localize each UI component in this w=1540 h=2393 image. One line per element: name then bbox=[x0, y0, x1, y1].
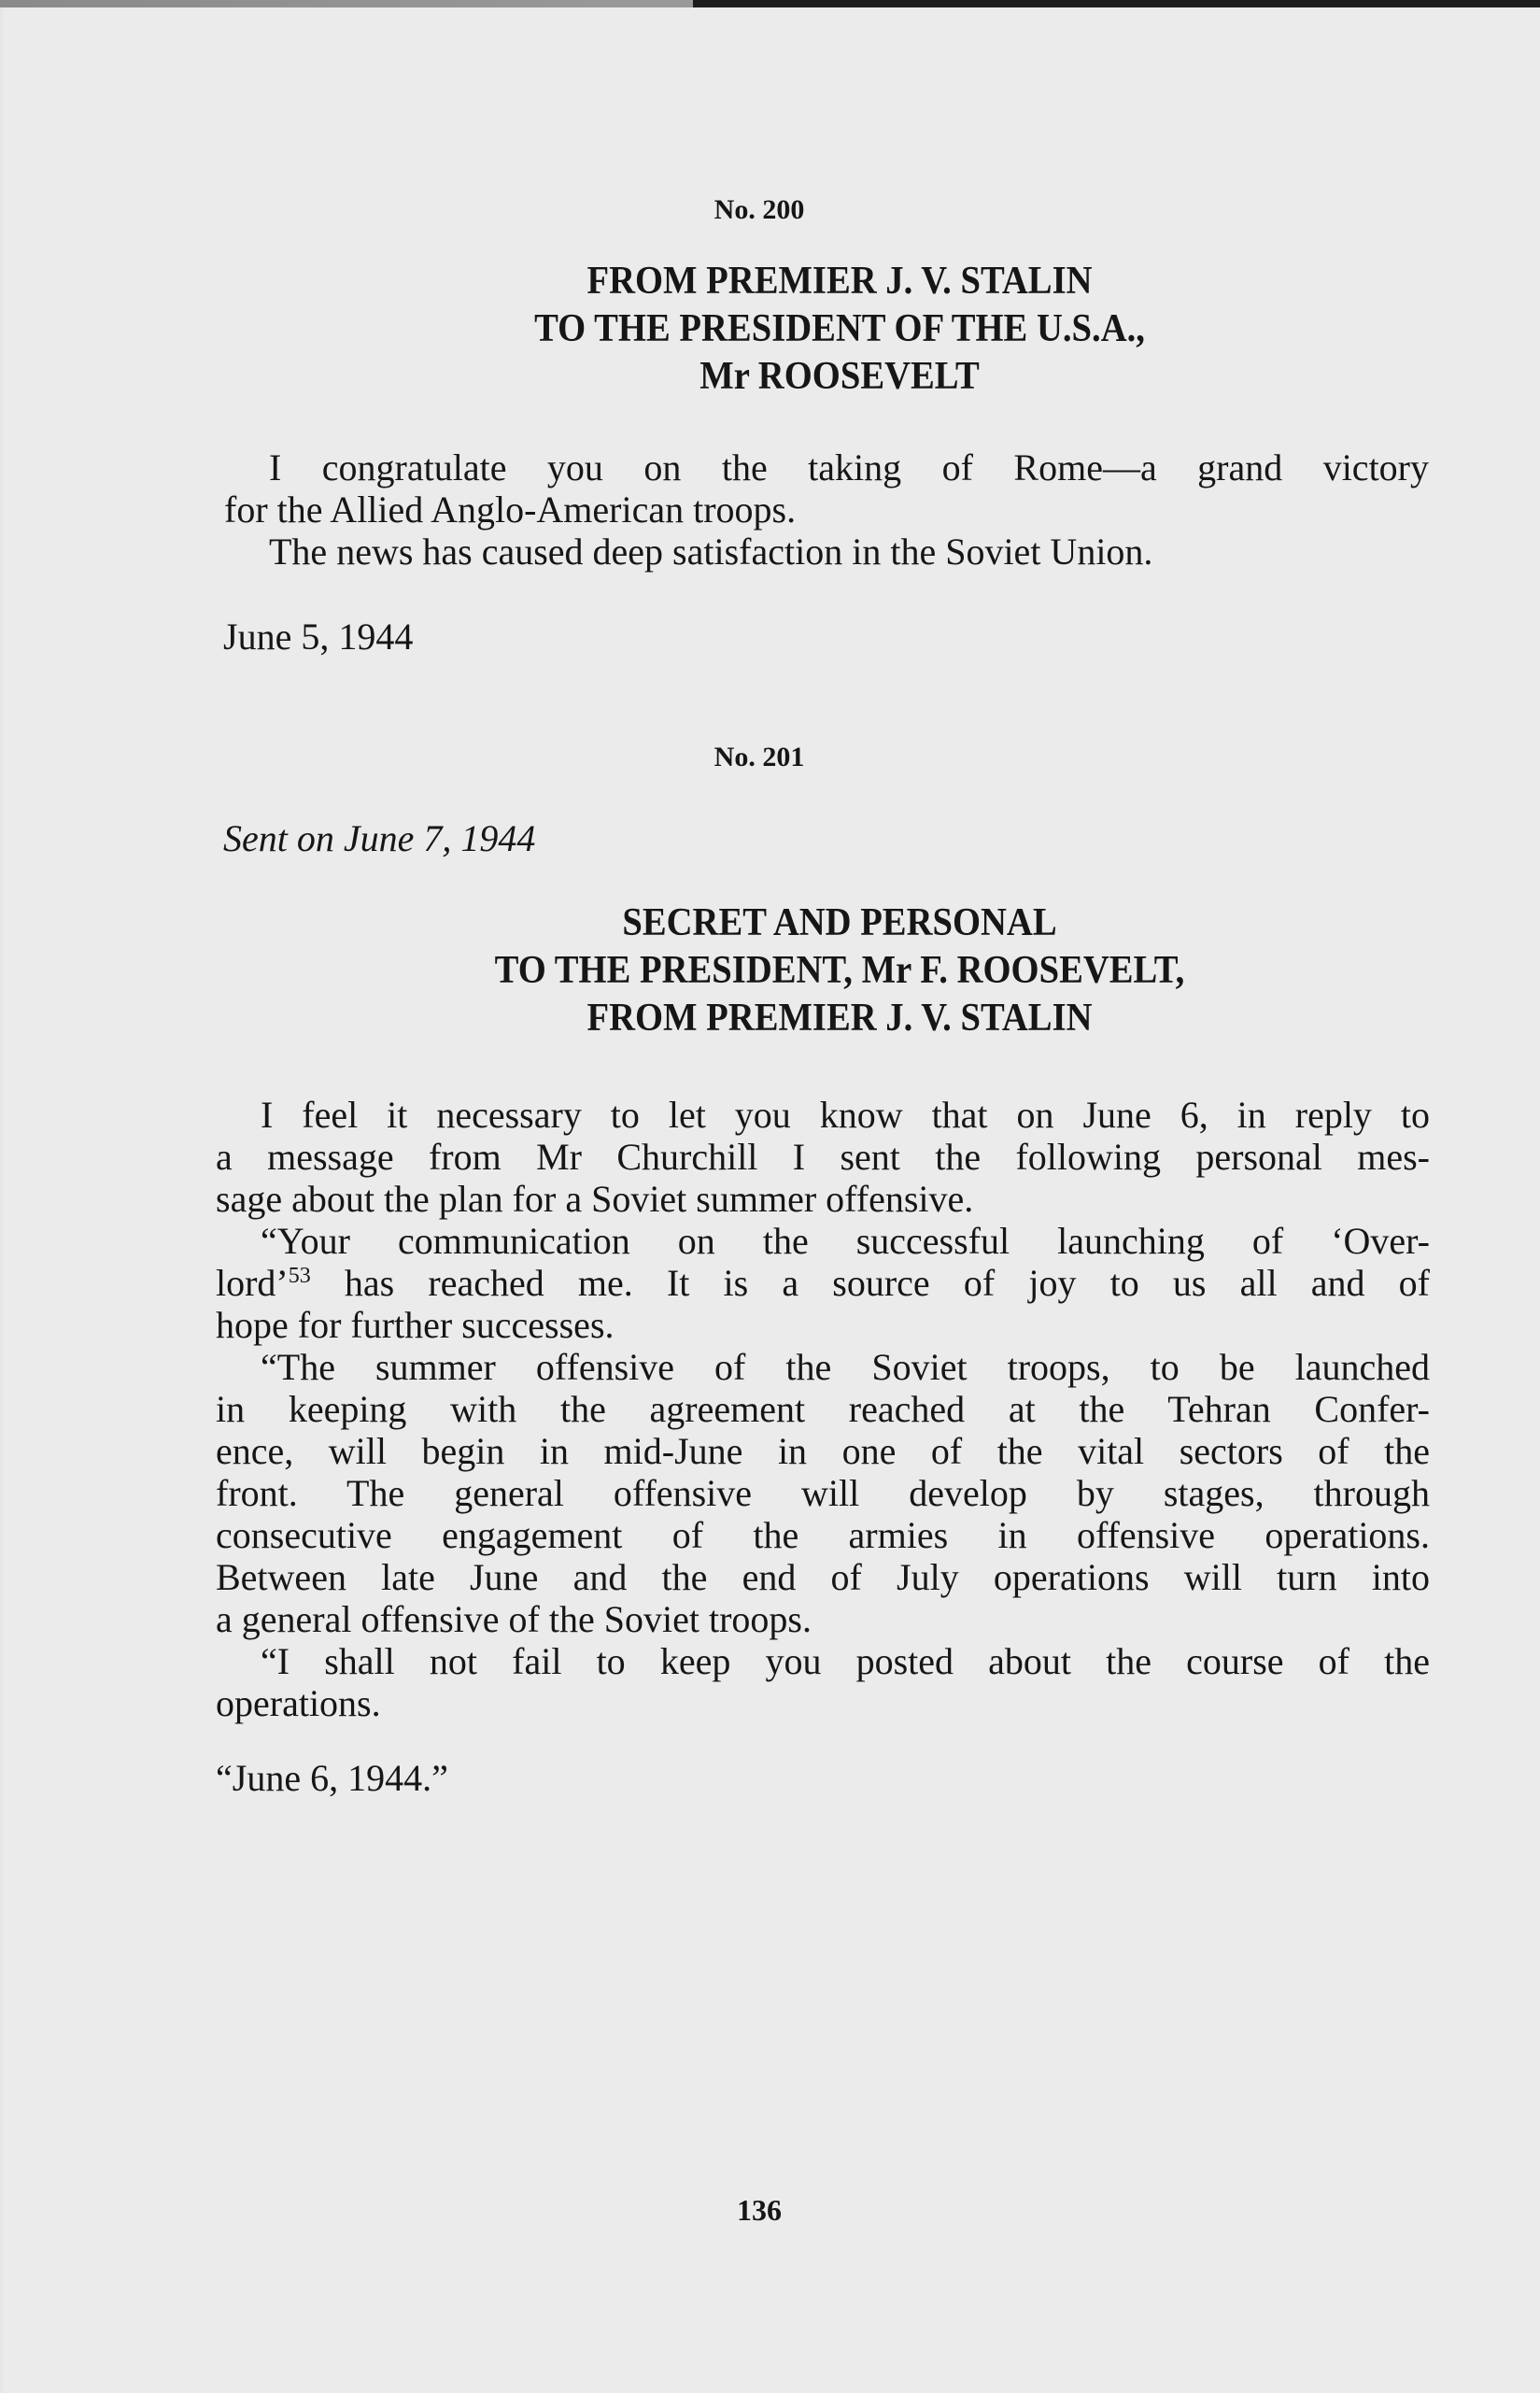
text-line: a message from Mr Churchill I sent the f… bbox=[216, 1136, 1430, 1178]
text-line: Between late June and the end of July op… bbox=[216, 1556, 1430, 1598]
text-line: a general offensive of the Soviet troops… bbox=[216, 1598, 1430, 1640]
text-line: front. The general offensive will develo… bbox=[216, 1472, 1430, 1514]
text-line: I congratulate you on the taking of Rome… bbox=[224, 446, 1429, 489]
text-line: operations. bbox=[216, 1682, 1430, 1724]
document-title: SECRET AND PERSONAL TO THE PRESIDENT, Mr… bbox=[66, 899, 1540, 1042]
quoted-date: “June 6, 1944.” bbox=[216, 1756, 448, 1800]
text-line: “The summer offensive of the Soviet troo… bbox=[216, 1346, 1430, 1388]
body-paragraph: “Your communication on the successful la… bbox=[216, 1220, 1430, 1346]
text-line: I feel it necessary to let you know that… bbox=[216, 1094, 1430, 1136]
text-line: sage about the plan for a Soviet summer … bbox=[216, 1178, 1430, 1220]
title-line: FROM PREMIER J. V. STALIN bbox=[66, 995, 1540, 1042]
body-paragraph: I feel it necessary to let you know that… bbox=[216, 1094, 1430, 1220]
text-line: The news has caused deep satisfaction in… bbox=[224, 531, 1429, 573]
document-title: FROM PREMIER J. V. STALIN TO THE PRESIDE… bbox=[66, 258, 1540, 401]
document-number: No. 200 bbox=[0, 194, 1540, 226]
text-line: “Your communication on the successful la… bbox=[216, 1220, 1430, 1262]
text-line: for the Allied Anglo-American troops. bbox=[224, 489, 1429, 531]
scan-top-edge bbox=[0, 0, 1540, 7]
text-line: consecutive engagement of the armies in … bbox=[216, 1514, 1430, 1556]
book-page: No. 200 FROM PREMIER J. V. STALIN TO THE… bbox=[3, 7, 1540, 2393]
text-line: in keeping with the agreement reached at… bbox=[216, 1388, 1430, 1430]
title-line: TO THE PRESIDENT, Mr F. ROOSEVELT, bbox=[66, 947, 1540, 995]
text-line: ence, will begin in mid-June in one of t… bbox=[216, 1430, 1430, 1472]
document-number: No. 201 bbox=[0, 742, 1540, 773]
title-line: SECRET AND PERSONAL bbox=[66, 899, 1540, 947]
body-paragraph: I congratulate you on the taking of Rome… bbox=[224, 446, 1429, 531]
document-date: June 5, 1944 bbox=[223, 615, 413, 658]
body-paragraph: “The summer offensive of the Soviet troo… bbox=[216, 1346, 1430, 1640]
title-line: FROM PREMIER J. V. STALIN bbox=[66, 258, 1540, 305]
text-line: “I shall not fail to keep you posted abo… bbox=[216, 1640, 1430, 1682]
text-line: lord’53 has reached me. It is a source o… bbox=[216, 1262, 1430, 1304]
title-line: Mr ROOSEVELT bbox=[66, 353, 1540, 401]
body-paragraph: The news has caused deep satisfaction in… bbox=[224, 531, 1429, 573]
sent-note: Sent on June 7, 1944 bbox=[223, 816, 535, 860]
title-line: TO THE PRESIDENT OF THE U.S.A., bbox=[66, 305, 1540, 353]
page-number: 136 bbox=[0, 2193, 1540, 2228]
footnote-reference[interactable]: 53 bbox=[289, 1264, 311, 1288]
body-paragraph: “I shall not fail to keep you posted abo… bbox=[216, 1640, 1430, 1724]
text-line: hope for further successes. bbox=[216, 1304, 1430, 1346]
